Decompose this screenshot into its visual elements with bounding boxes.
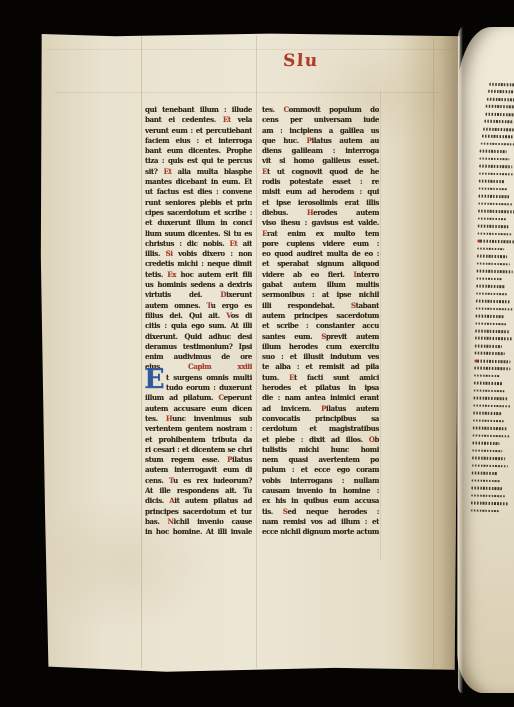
illuminated-initial: E [144, 367, 165, 391]
manuscript-text-line: te alba : et remisit ad pila [262, 362, 379, 372]
facing-page-text-line [472, 457, 505, 460]
facing-page-text-line [473, 434, 510, 437]
manuscript-text-line: illi respondebat. Stabant [262, 301, 379, 311]
manuscript-text-line: pulum : et ecce ego coram [262, 465, 379, 475]
manuscript-text-line: in hoc homine. At illi invale [145, 527, 252, 537]
manuscript-text-line: bant eum dicentes. Prophe [145, 146, 252, 156]
manuscript-text-line: lium suum dicentes. Si tu es [145, 229, 252, 239]
facing-page-text-line [474, 367, 510, 370]
manuscript-text-line: nam remisi vos ad illum : et [262, 517, 379, 527]
facing-page-text-line [475, 344, 502, 347]
manuscript-text-line: rodis potestate esset : re [262, 177, 379, 187]
manuscript-text-line: die : nam antea inimici erant [262, 393, 379, 403]
running-header: Slu [282, 51, 319, 71]
facing-page-text-line [471, 509, 499, 512]
manuscript-text-line: pore cupiens videre eum : [262, 239, 379, 249]
manuscript-text-line: citis : quia ego sum. At illi [145, 321, 252, 331]
facing-page-text-line [473, 412, 501, 415]
facing-page-text-line [479, 195, 511, 198]
manuscript-text-line: tetis. Ex hoc autem erit fili [145, 270, 252, 280]
manuscript-text-line: illum herodes cum exercitu [262, 342, 379, 352]
manuscript-text-line: viso ihesu : gavisus est valde. [262, 218, 379, 228]
manuscript-text-line: tes. Commovit populum do [262, 105, 379, 115]
facing-page-text-line [475, 329, 509, 332]
manuscript-text-line: autem accusare eum dicen [145, 404, 252, 414]
facing-page-text-line [481, 142, 514, 145]
manuscript-text-line: verunt eum : et percutiebant [145, 126, 252, 136]
facing-page-text-line [476, 277, 502, 280]
text-column-left: qui tenebant illum : illudebant ei ceden… [145, 105, 252, 537]
facing-page-text-line [487, 98, 514, 101]
facing-page-text-line [473, 427, 507, 430]
manuscript-text-line: diebus. Herodes autem [262, 208, 379, 218]
facing-page-text-line [476, 292, 508, 295]
facing-page-text-line [477, 262, 510, 265]
manuscript-text-line: ri cesari : et dicentem se chri [145, 445, 252, 455]
facing-page-text-line [478, 202, 513, 205]
facing-page-text-line [473, 404, 511, 408]
facing-page-text-line [471, 494, 506, 497]
manuscript-text-line: ut factus est dies : convene [145, 187, 252, 197]
manuscript-text-line: autem omnes. Tu ergo es [145, 301, 252, 311]
facing-page-text-line [482, 135, 514, 138]
facing-page-text-line [473, 419, 504, 422]
facing-page-text-line [472, 442, 499, 445]
manuscript-text-line: dicis. Ait autem pilatus ad [145, 496, 252, 506]
facing-page-text-line [472, 472, 498, 475]
manuscript-text-line: enim audivimus de ore [145, 352, 252, 362]
ruling-line-right [380, 90, 381, 560]
manuscript-text-line: tes. Hunc invenimus sub [145, 414, 252, 424]
manuscript-text-line: virtutis dei. Dixerunt [145, 290, 252, 300]
manuscript-text-line: et ipse ierosolimis erat illis [262, 198, 379, 208]
manuscript-text-line: tiza : quis est qui te percus [145, 156, 252, 166]
manuscript-text-line: videre ab eo fieri. Interro [262, 270, 379, 280]
facing-page-text-line [471, 502, 509, 506]
manuscript-text-line: qui tenebant illum : illude [145, 105, 252, 115]
manuscript-text-line: Et ut cognovit quod de he [262, 167, 379, 177]
manuscript-text-line: runt seniores plebis et prin [145, 198, 252, 208]
facing-page-text-line [478, 232, 512, 235]
text-column-right: tes. Commovit populum docens per univers… [262, 105, 379, 537]
facing-page-text-line [472, 449, 502, 452]
manuscript-text-line: illis. Si vobis dixero : non [145, 249, 252, 259]
manuscript-text-line: am : incipiens a galilea us [262, 126, 379, 136]
manuscript-text-line: vertentem gentem nostram : [145, 424, 252, 434]
facing-page-text-line [472, 479, 501, 482]
facing-page-text-line [485, 113, 514, 117]
manuscript-text-line: convocatis principibus sa [262, 414, 379, 424]
facing-page-text-line [477, 270, 513, 273]
facing-page-text-line [474, 359, 510, 362]
facing-page-edge [457, 27, 514, 693]
facing-page-text-line [472, 464, 508, 467]
manuscript-text-line: nem quasi avertentem po [262, 455, 379, 465]
facing-page-text-line [486, 105, 514, 108]
facing-page-text-line [478, 210, 514, 214]
facing-page-text-line [476, 307, 514, 311]
facing-page-text-line [476, 315, 504, 318]
manuscript-text-line: suo : et illusit indutum ves [262, 352, 379, 362]
manuscript-text-line: diens galileam : interroga [262, 146, 379, 156]
facing-page-text-line [477, 247, 504, 250]
manuscript-text-line: et duxerunt illum in conci [145, 218, 252, 228]
parchment-crease [45, 49, 455, 50]
manuscript-text-line: mantes dicebant in eum. Et [145, 177, 252, 187]
facing-page-text-line [479, 157, 509, 160]
manuscript-text-line: autem principes sacerdotum [262, 311, 379, 321]
facing-page-text-line [480, 150, 507, 153]
manuscript-text-line: tis. Sed neque herodes : [262, 507, 379, 517]
facing-page-text-line [479, 187, 508, 190]
facing-page-text-line [477, 240, 514, 244]
manuscript-text-line: causam invenio in homine : [262, 486, 379, 496]
facing-page-text [471, 83, 514, 518]
manuscript-text-line: us hominis sedens a dextris [145, 280, 252, 290]
manuscript-text-line: tulistis michi hunc homi [262, 445, 379, 455]
manuscript-text-line: credetis michi : neque dimit [145, 259, 252, 269]
manuscript-text-line: et sperabat signum aliquod [262, 259, 379, 269]
manuscript-text-line: autem interrogavit eum di [145, 465, 252, 475]
facing-page-text-line [483, 128, 514, 131]
facing-page-text-line [476, 285, 505, 288]
manuscript-text-line: gabat autem illum multis [262, 280, 379, 290]
manuscript-text-line: filius dei. Qui ait. Vos di [145, 311, 252, 321]
ruling-line-margin [433, 36, 434, 668]
manuscript-text-line: sermonibus : at ipse nichil [262, 290, 379, 300]
manuscript-text-line: et prohibentem tributa da [145, 435, 252, 445]
manuscript-text-line: ad invicem. Pilatus autem [262, 404, 379, 414]
manuscript-text-line: At ille respondens ait. Tu [145, 486, 252, 496]
manuscript-text-line: christus : dic nobis. Et ait [145, 239, 252, 249]
black-background: Slu qui tenebant illum : illudebant ei c… [0, 0, 514, 707]
facing-page-text-line [479, 180, 505, 183]
facing-page-text-line [474, 374, 500, 377]
manuscript-text-line: que huc. Pilatus autem au [262, 136, 379, 146]
facing-page-text-line [474, 382, 503, 385]
manuscript-text-line: misit eum ad herodem : qui [262, 187, 379, 197]
manuscript-text-line: ex his in quibus eum accusa [262, 496, 379, 506]
manuscript-text-line: sit? Et alia multa blasphe [145, 167, 252, 177]
facing-page-text-line [475, 352, 505, 355]
manuscript-text-line: cipes sacerdotum et scribe : [145, 208, 252, 218]
manuscript-text-line: dixerunt. Quid adhuc desi [145, 332, 252, 342]
ruling-line-center [256, 36, 257, 668]
facing-page-text-line [475, 337, 512, 340]
manuscript-text-line: ecce nichil dignum morte actum [262, 527, 379, 537]
manuscript-text-line: bant ei cedentes. Et vela [145, 115, 252, 125]
facing-page-text-line [484, 120, 512, 123]
manuscript-text-line: eo quod audiret multa de eo : [262, 249, 379, 259]
facing-page-text-line [478, 225, 509, 228]
manuscript-text-line: vobis interrogans : nullam [262, 476, 379, 486]
manuscript-text-line: et plebe : dixit ad illos. Ob [262, 435, 379, 445]
manuscript-text-line: bas. Nichil invenio cause [145, 517, 252, 527]
manuscript-text-line: herodes et pilatus in ipsa [262, 383, 379, 393]
facing-page-text-line [476, 300, 511, 303]
manuscript-text-line: deramus testimonium? Ipsi [145, 342, 252, 352]
manuscript-text-line: Erat enim ex multo tem [262, 229, 379, 239]
ruling-line-left [141, 36, 142, 668]
facing-page-text-line [474, 389, 506, 392]
facing-page-text-line [471, 487, 503, 490]
manuscript-text-line: vit si homo galileus esset. [262, 156, 379, 166]
manuscript-text-line: cens per universam iude [262, 115, 379, 125]
facing-page-text-line [478, 217, 506, 220]
facing-page-text-line [479, 165, 512, 168]
facing-page-text-line [475, 322, 506, 325]
manuscript-text-line: cens. Tu es rex iudeorum? [145, 476, 252, 486]
manuscript-text-line: principes sacerdotum et tur [145, 507, 252, 517]
facing-page-text-line [477, 255, 507, 258]
manuscript-text-line: stum regem esse. Pilatus [145, 455, 252, 465]
manuscript-text-line: et scribe : constanter accu [262, 321, 379, 331]
manuscript-text-line: santes eum. Sprevit autem [262, 332, 379, 342]
facing-page-text-line [479, 172, 514, 175]
manuscript-text-line: tum. Et facti sunt amici [262, 373, 379, 383]
ruling-line-top [55, 92, 440, 93]
manuscript-text-line: cerdotum et magistratibus [262, 424, 379, 434]
facing-page-text-line [474, 397, 509, 400]
manuscript-text-line: faciem eius : et interroga [145, 136, 252, 146]
facing-page-text-line [488, 90, 514, 93]
facing-page-text-line [489, 83, 514, 86]
